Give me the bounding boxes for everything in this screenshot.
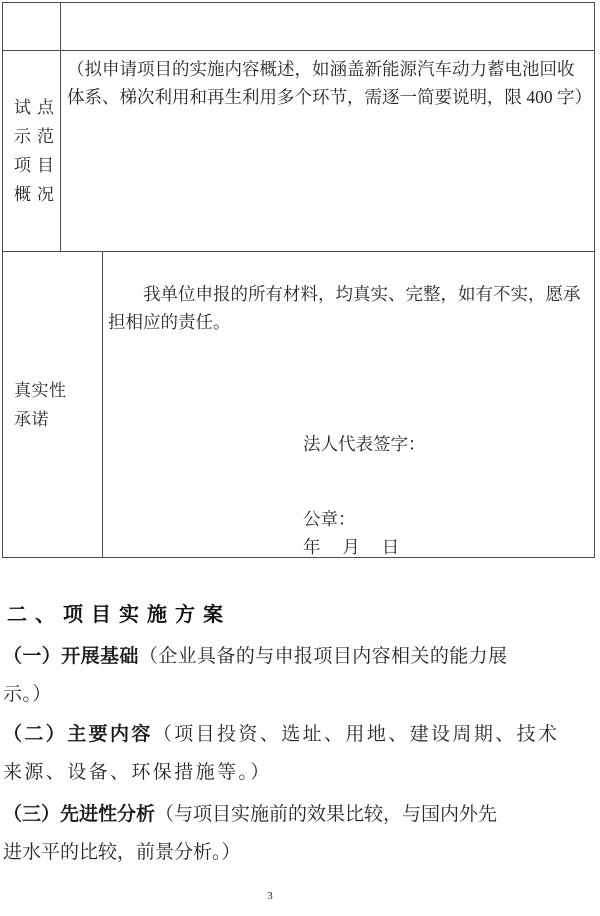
section-heading: 二、项目实施方案 — [7, 602, 231, 628]
table-row-pilot-overview: 试点 示范 项目 概况 （拟申请项目的实施内容概述，如涵盖新能源汽车动力蓄电池回… — [3, 51, 594, 252]
empty-row-label-cell — [3, 3, 61, 50]
authenticity-label-cell: 真实性 承诺 — [3, 252, 103, 557]
empty-row-content-cell — [61, 3, 594, 50]
authenticity-statement: 我单位申报的所有材料，均真实、完整，如有不实，愿承 担相应的责任。 — [108, 280, 588, 336]
authenticity-label: 真实性 承诺 — [3, 376, 67, 434]
form-table: 试点 示范 项目 概况 （拟申请项目的实施内容概述，如涵盖新能源汽车动力蓄电池回… — [2, 2, 595, 558]
page-number: 3 — [0, 890, 540, 902]
subsection-advancement: （三）先进性分析（与项目实施前的效果比较，与国内外先 进水平的比较，前景分析。） — [3, 796, 597, 872]
table-row-authenticity: 真实性 承诺 我单位申报的所有材料，均真实、完整，如有不实，愿承 担相应的责任。… — [3, 252, 594, 557]
authenticity-content-cell: 我单位申报的所有材料，均真实、完整，如有不实，愿承 担相应的责任。 法人代表签字… — [103, 252, 594, 557]
subsection-main-content: （二）主要内容（项目投资、选址、用地、建设周期、技术 来源、设备、环保措施等。） — [3, 716, 597, 792]
legal-representative-signature-label: 法人代表签字： — [303, 430, 426, 458]
date-line: 年 月 日 — [303, 533, 399, 561]
subsection-main-content-title: （二）主要内容 — [3, 724, 153, 745]
subsection-foundation-title: （一）开展基础 — [3, 646, 139, 667]
subsection-advancement-title: （三）先进性分析 — [3, 804, 155, 825]
pilot-overview-content-cell: （拟申请项目的实施内容概述，如涵盖新能源汽车动力蓄电池回收 体系、梯次利用和再生… — [61, 51, 594, 251]
official-seal-label: 公章： — [303, 505, 356, 533]
document-page: { "page": { "number": "3", "background_c… — [0, 0, 600, 916]
table-row-empty — [3, 3, 594, 51]
pilot-overview-label: 试点 示范 项目 概况 — [3, 93, 60, 209]
pilot-overview-label-cell: 试点 示范 项目 概况 — [3, 51, 61, 251]
pilot-overview-hint-text: （拟申请项目的实施内容概述，如涵盖新能源汽车动力蓄电池回收 体系、梯次利用和再生… — [61, 51, 594, 111]
subsection-foundation: （一）开展基础（企业具备的与申报项目内容相关的能力展 示。） — [3, 638, 597, 714]
